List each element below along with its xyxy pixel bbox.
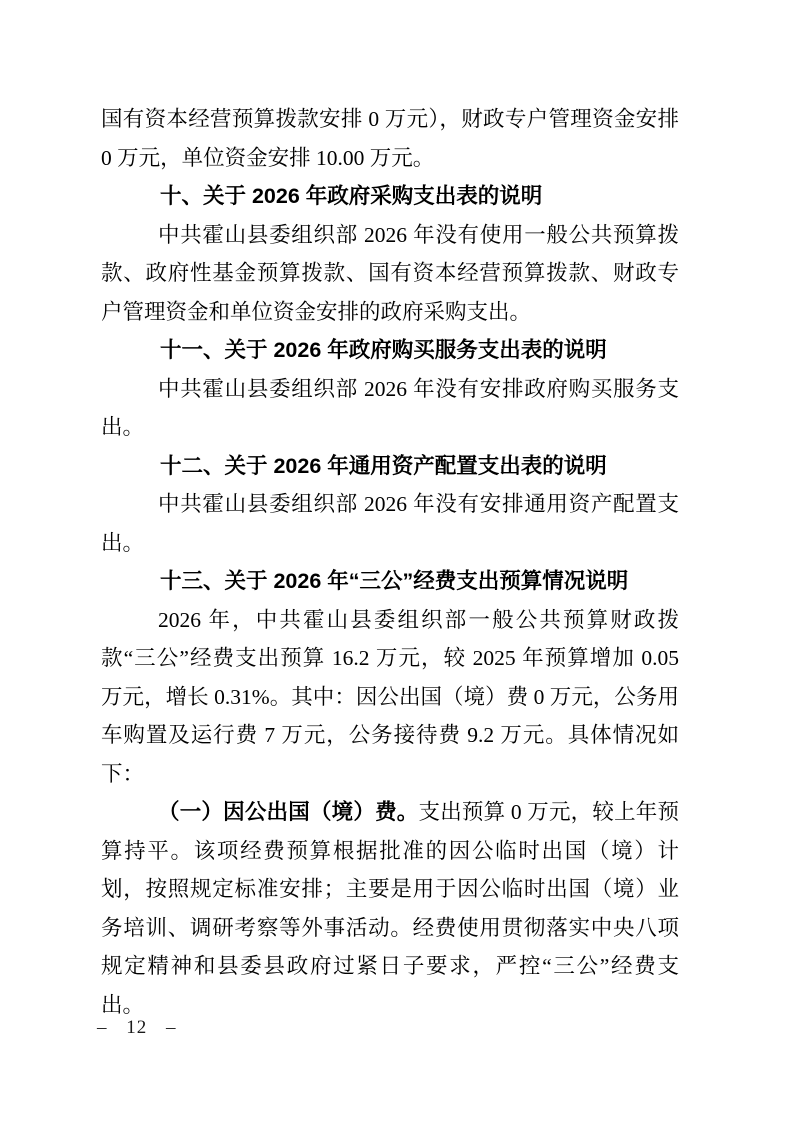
section-heading-10-government-procurement: 十、关于 2026 年政府采购支出表的说明 bbox=[101, 177, 679, 216]
overseas-travel-expense-body: 支出预算 0 万元，较上年预算持平。该项经费预算根据批准的因公临时出国（境）计划… bbox=[101, 800, 679, 1017]
page-number: – 12 – bbox=[97, 1018, 177, 1037]
paragraph-purchased-services: 中共霍山县委组织部 2026 年没有安排政府购买服务支出。 bbox=[101, 370, 679, 447]
paragraph-budget-allocation-continuation: 国有资本经营预算拨款安排 0 万元），财政专户管理资金安排 0 万元，单位资金安… bbox=[101, 100, 679, 177]
paragraph-government-procurement: 中共霍山县委组织部 2026 年没有使用一般公共预算拨款、政府性基金预算拨款、国… bbox=[101, 216, 679, 332]
section-heading-12-general-asset-allocation: 十二、关于 2026 年通用资产配置支出表的说明 bbox=[101, 447, 679, 486]
paragraph-three-public-expenses-summary: 2026 年，中共霍山县委组织部一般公共预算财政拨款“三公”经费支出预算 16.… bbox=[101, 601, 679, 794]
paragraph-general-asset-allocation: 中共霍山县委组织部 2026 年没有安排通用资产配置支出。 bbox=[101, 485, 679, 562]
page-body: 国有资本经营预算拨款安排 0 万元），财政专户管理资金安排 0 万元，单位资金安… bbox=[101, 100, 679, 1024]
overseas-travel-expense-bold-lead: （一）因公出国（境）费。 bbox=[158, 800, 419, 824]
section-heading-11-purchased-services: 十一、关于 2026 年政府购买服务支出表的说明 bbox=[101, 331, 679, 370]
paragraph-overseas-travel-expense: （一）因公出国（境）费。支出预算 0 万元，较上年预算持平。该项经费预算根据批准… bbox=[101, 793, 679, 1024]
section-heading-13-three-public-expenses: 十三、关于 2026 年“三公”经费支出预算情况说明 bbox=[101, 562, 679, 601]
document-page: 国有资本经营预算拨款安排 0 万元），财政专户管理资金安排 0 万元，单位资金安… bbox=[0, 0, 793, 1122]
